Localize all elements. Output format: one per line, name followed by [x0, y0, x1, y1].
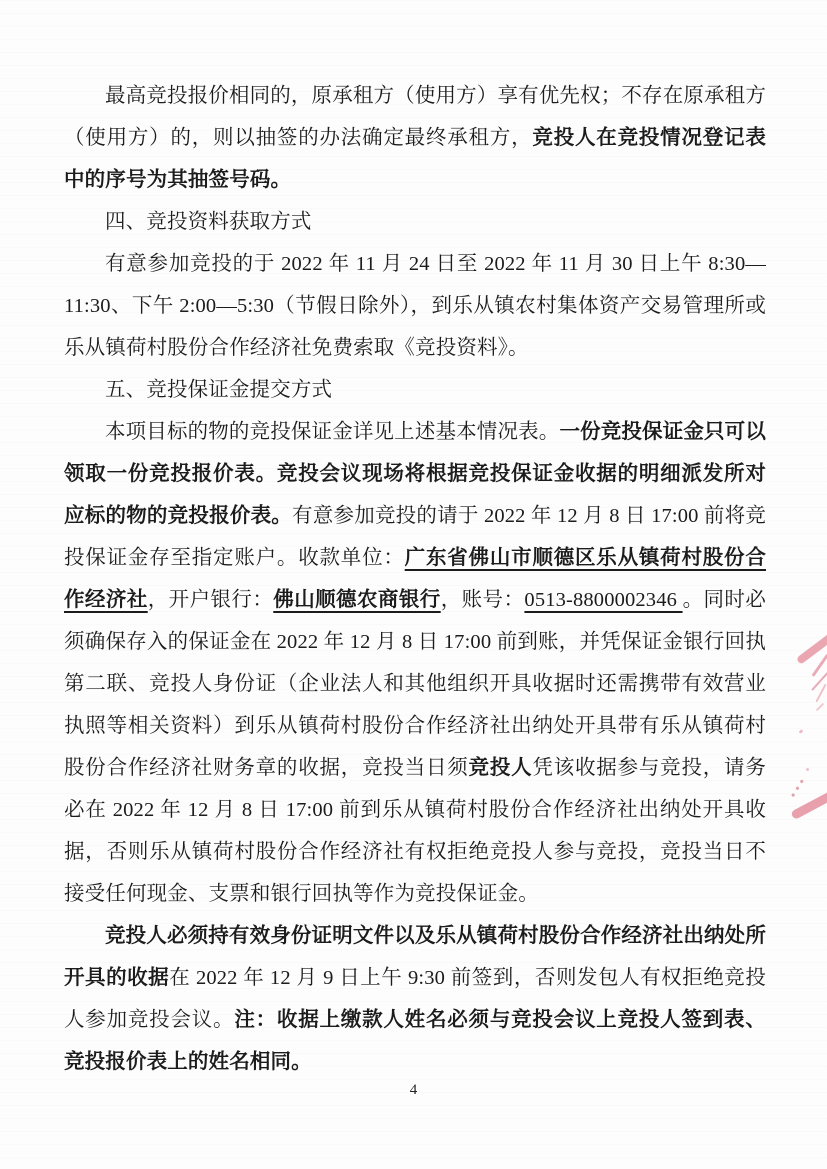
text-run: 有意参加竞投的于 2022 年 11 月 24 日至 2022 年 11 月 3…: [64, 253, 766, 359]
stamp-scribble: [811, 667, 827, 691]
document-page: 最高竞投报价相同的，原承租方（使用方）享有优先权；不存在原承租方（使用方）的，则…: [0, 0, 827, 1169]
text-run: ，账号：: [441, 589, 525, 611]
stamp-scribble: [816, 703, 824, 711]
text-run: 0513-8800002346: [524, 589, 682, 611]
page-number: 4: [0, 1082, 827, 1099]
stamp-dots: [787, 778, 810, 798]
stamp-scribble: [815, 684, 826, 703]
text-run: 竞投人: [469, 757, 533, 779]
text-run: 佛山顺德农商银行: [273, 589, 440, 611]
stamp-speck: [799, 729, 804, 734]
text-run: 本项目标的物的竞投保证金详见上述基本情况表。: [105, 421, 559, 443]
para-material-collection: 有意参加竞投的于 2022 年 11 月 24 日至 2022 年 11 月 3…: [64, 243, 766, 369]
text-run: 。同时必须确保存入的保证金在 2022 年 12 月 8 日 17:00 前到账…: [64, 589, 766, 779]
stamp-scribble: [812, 654, 827, 677]
stamp-speck: [806, 768, 809, 771]
document-body: 最高竞投报价相同的，原承租方（使用方）享有优先权；不存在原承租方（使用方）的，则…: [64, 75, 766, 1083]
text-run: 四、竞投资料获取方式: [105, 211, 312, 233]
heading-section-5: 五、竞投保证金提交方式: [64, 369, 766, 411]
stamp-stroke-top: [796, 627, 827, 665]
red-stamp-fragment: [787, 622, 827, 822]
text-run: 五、竞投保证金提交方式: [105, 379, 332, 401]
text-run: ，开户银行：: [148, 589, 274, 611]
stamp-stroke-bottom: [790, 785, 827, 820]
para-deposit-submission: 本项目标的物的竞投保证金详见上述基本情况表。一份竞投保证金只可以领取一份竞投报价…: [64, 411, 766, 915]
para-tie-break-rule: 最高竞投报价相同的，原承租方（使用方）享有优先权；不存在原承租方（使用方）的，则…: [64, 75, 766, 201]
text-run: 凭该收据参与竞投，请务必在 2022 年 12 月 8 日 17:00 前到乐从…: [64, 757, 766, 905]
para-signin-requirement: 竞投人必须持有效身份证明文件以及乐从镇荷村股份合作经济社出纳处所开具的收据在 2…: [64, 915, 766, 1083]
heading-section-4: 四、竞投资料获取方式: [64, 201, 766, 243]
